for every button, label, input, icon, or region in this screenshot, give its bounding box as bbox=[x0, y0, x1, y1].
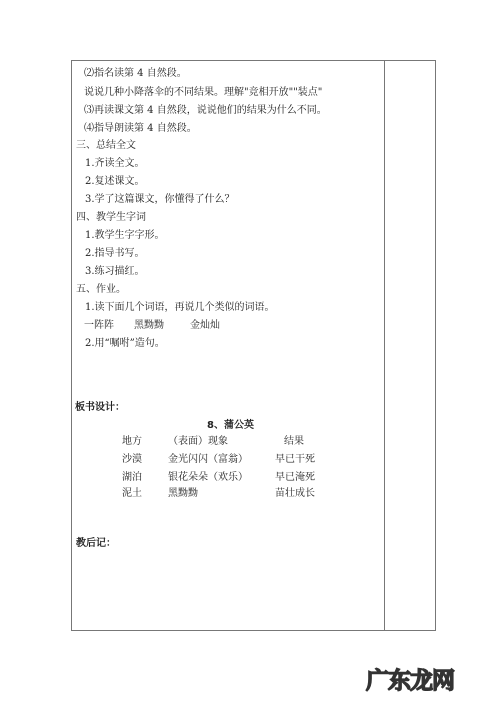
reflection-label: 教后记： bbox=[76, 538, 116, 550]
column-divider bbox=[384, 61, 385, 630]
board-cell: 金光闪闪（富翁） bbox=[168, 454, 248, 466]
lesson-line: 三、总结全文 bbox=[76, 140, 136, 152]
lesson-line: ⑶再读课文第 4 自然段，说说他们的结果为什么不同。 bbox=[84, 105, 327, 117]
lesson-plan-table: ⑵指名读第 4 自然段。说说几种小降落伞的不同结果。理解"竞相开放""装点"⑶再… bbox=[71, 60, 436, 631]
lesson-line: ⑷指导朗读第 4 自然段。 bbox=[84, 123, 197, 135]
board-cell: 银花朵朵（欢乐） bbox=[168, 472, 248, 484]
lesson-line: 3.练习描红。 bbox=[85, 266, 145, 278]
lesson-line: 黑黝黝 bbox=[134, 320, 164, 332]
board-col-header-result: 结果 bbox=[284, 436, 304, 448]
lesson-line: 1.教学生字字形。 bbox=[85, 230, 165, 242]
watermark-logo: 广东龙网 bbox=[366, 662, 454, 695]
lesson-line: 2.用“嘱咐”造句。 bbox=[85, 338, 165, 350]
board-design-label: 板书设计： bbox=[75, 402, 125, 414]
lesson-line: 1.齐读全文。 bbox=[85, 158, 145, 170]
board-cell: 苗壮成长 bbox=[275, 488, 315, 500]
lesson-line: 说说几种小降落伞的不同结果。理解"竞相开放""装点" bbox=[84, 87, 322, 99]
board-cell: 沙漠 bbox=[122, 454, 142, 466]
lesson-line: 3.学了这篇课文，你懂得了什么？ bbox=[85, 194, 235, 206]
board-cell: 泥土 bbox=[122, 488, 142, 500]
board-cell: 黑黝黝 bbox=[168, 488, 198, 500]
lesson-line: 五、作业。 bbox=[76, 284, 126, 296]
lesson-line: 四、教学生字词 bbox=[76, 212, 146, 224]
lesson-line: 金灿灿 bbox=[190, 320, 220, 332]
board-cell: 早已干死 bbox=[275, 454, 315, 466]
board-col-header-place: 地方 bbox=[122, 436, 142, 448]
lesson-line: 2.复述课文。 bbox=[85, 176, 145, 188]
board-col-header-phenomenon: （表面）现象 bbox=[168, 436, 228, 448]
board-cell: 早已淹死 bbox=[275, 472, 315, 484]
lesson-line: 1.读下面几个词语，再说几个类似的词语。 bbox=[85, 302, 275, 314]
board-cell: 湖泊 bbox=[122, 472, 142, 484]
lesson-line: ⑵指名读第 4 自然段。 bbox=[84, 68, 187, 80]
lesson-line: 2.指导书写。 bbox=[85, 248, 145, 260]
lesson-line: 一阵阵 bbox=[84, 320, 114, 332]
board-design-title: 8、蒲公英 bbox=[207, 420, 254, 432]
